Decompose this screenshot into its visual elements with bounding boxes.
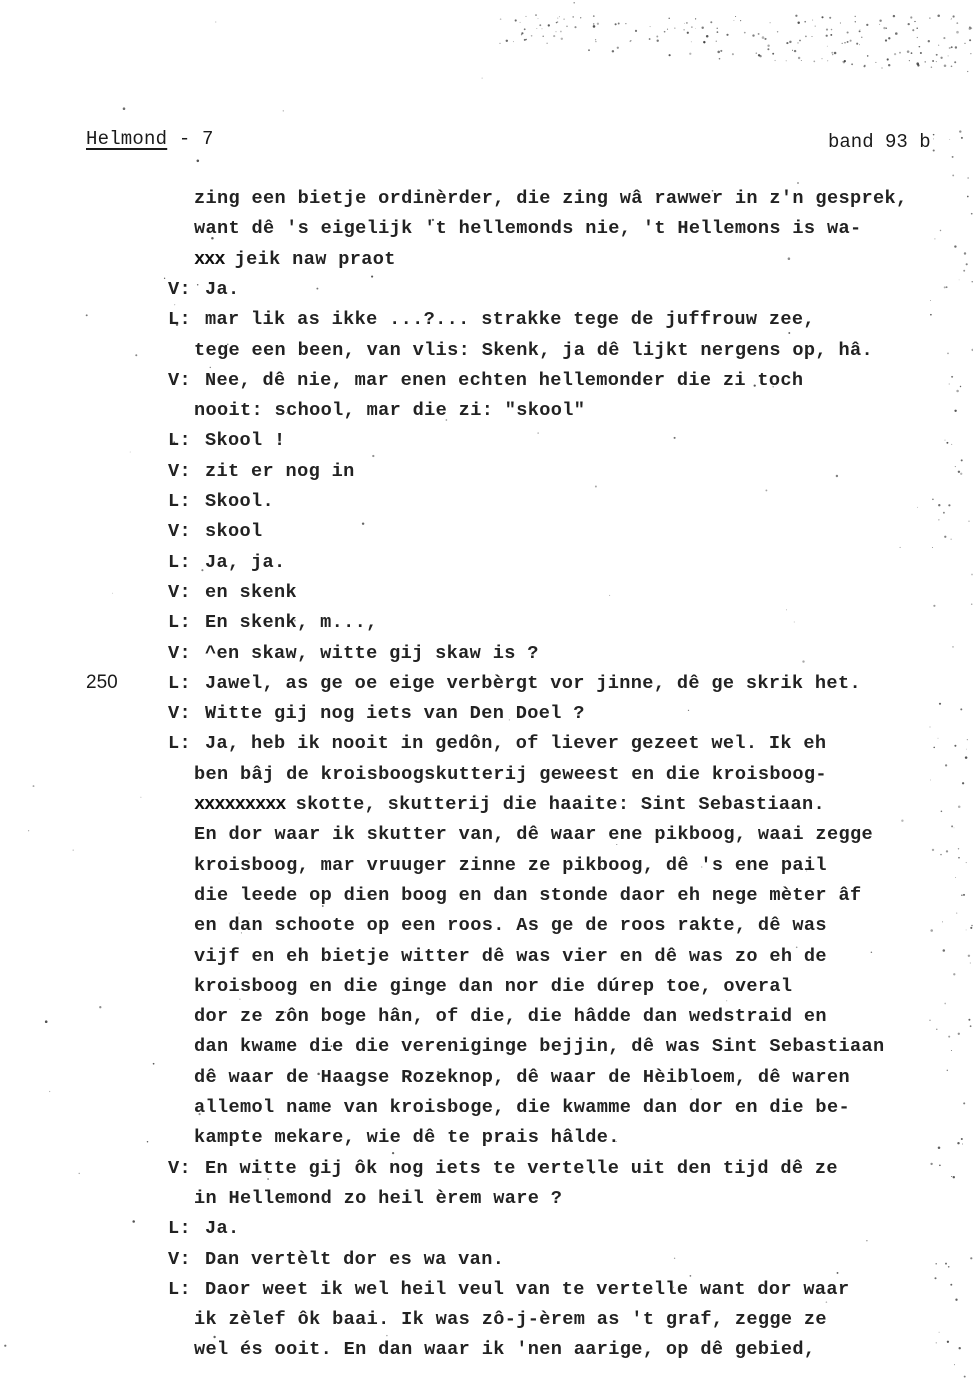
- speaker-label: L:: [168, 552, 205, 573]
- line-text: Skool.: [205, 491, 274, 512]
- line-text: kroisboog en die ginge dan nor die dúrep…: [194, 976, 792, 997]
- line-text: ben bâj de kroisboogskutterij geweest en…: [194, 764, 827, 785]
- line-text: dan kwame die die vereniginge bejjin, dê…: [194, 1036, 884, 1057]
- speaker-label: V:: [168, 582, 205, 603]
- line-text: Skool !: [205, 430, 286, 451]
- line-text: En witte gij ôk nog iets te vertelle uit…: [205, 1158, 838, 1179]
- speaker-label: L:: [168, 430, 205, 451]
- transcript-line: tege een been, van vlis: Skenk, ja dê li…: [194, 340, 873, 361]
- line-text: zing een bietje ordinèrder, die zing wâ …: [194, 188, 908, 209]
- line-text: ik zèlef ôk baai. Ik was zô-j-èrem as 't…: [194, 1309, 827, 1330]
- line-text: ^en skaw, witte gij skaw is ?: [205, 643, 539, 664]
- transcript-line: want dê 's eigelijk 't hellemonds nie, '…: [194, 218, 861, 239]
- line-text: en dan schoote op een roos. As ge de roo…: [194, 915, 827, 936]
- transcript-line: L:Ja.: [168, 1218, 240, 1239]
- transcript-line: L:Jawel, as ge oe eige verbèrgt vor jinn…: [168, 673, 861, 694]
- speaker-label: L:: [168, 673, 205, 694]
- transcript-line: xxxxxxxxx skotte, skutterij die haaite: …: [194, 794, 825, 815]
- transcript-line: V:zit er nog in: [168, 461, 355, 482]
- header-separator: -: [167, 128, 202, 150]
- line-text: skotte, skutterij die haaite: Sint Sebas…: [296, 794, 825, 815]
- speaker-label: L:: [168, 1279, 205, 1300]
- speaker-label: V:: [168, 521, 205, 542]
- transcript-line: V:Witte gij nog iets van Den Doel ?: [168, 703, 585, 724]
- line-text: kroisboog, mar vruuger zinne ze pikboog,…: [194, 855, 827, 876]
- speaker-label: V:: [168, 1158, 205, 1179]
- speaker-label: L:: [168, 1218, 205, 1239]
- line-text: Witte gij nog iets van Den Doel ?: [205, 703, 585, 724]
- line-text: die leede op dien boog en dan stonde dao…: [194, 885, 861, 906]
- transcript-line: kroisboog en die ginge dan nor die dúrep…: [194, 976, 792, 997]
- transcript-line: L:En skenk, m...,: [168, 612, 378, 633]
- transcript-line: V:en skenk: [168, 582, 297, 603]
- line-text: want dê 's eigelijk 't hellemonds nie, '…: [194, 218, 861, 239]
- transcript-line: L:Daor weet ik wel heil veul van te vert…: [168, 1279, 849, 1300]
- transcript-line: kampte mekare, wie dê te prais hâlde.: [194, 1127, 620, 1148]
- speaker-label: V:: [168, 643, 205, 664]
- transcript-line: nooit: school, mar die zi: "skool": [194, 400, 585, 421]
- transcript-line: L:Ja, ja.: [168, 552, 286, 573]
- transcript-line: V:^en skaw, witte gij skaw is ?: [168, 643, 539, 664]
- line-text: kampte mekare, wie dê te prais hâlde.: [194, 1127, 620, 1148]
- transcript-line: kroisboog, mar vruuger zinne ze pikboog,…: [194, 855, 827, 876]
- line-text: Dan vertèlt dor es wa van.: [205, 1249, 504, 1270]
- line-text: en skenk: [205, 582, 297, 603]
- transcript-line: L:Ja, heb ik nooit in gedôn, of liever g…: [168, 733, 826, 754]
- line-text: dê waar de Haagse Rozeknop, dê waar de H…: [194, 1067, 850, 1088]
- line-text: wel és ooit. En dan waar ik 'nen aarige,…: [194, 1339, 815, 1360]
- transcript-line: en dan schoote op een roos. As ge de roo…: [194, 915, 827, 936]
- transcript-line: V:Ja.: [168, 279, 240, 300]
- line-text: Jawel, as ge oe eige verbèrgt vor jinne,…: [205, 673, 861, 694]
- header-place: Helmond: [86, 128, 167, 150]
- transcript-line: in Hellemond zo heil èrem ware ?: [194, 1188, 562, 1209]
- header-tape-reference: band 93 b: [828, 131, 931, 153]
- line-text: mar lik as ikke ...?... strakke tege de …: [205, 309, 815, 330]
- transcript-line: die leede op dien boog en dan stonde dao…: [194, 885, 861, 906]
- line-text: dor ze zôn boge hân, of die, die hâdde d…: [194, 1006, 827, 1027]
- speaker-label: V:: [168, 279, 205, 300]
- speaker-label: V:: [168, 703, 205, 724]
- transcript-line: V:En witte gij ôk nog iets te vertelle u…: [168, 1158, 838, 1179]
- transcript-line: dor ze zôn boge hân, of die, die hâdde d…: [194, 1006, 827, 1027]
- speaker-label: V:: [168, 461, 205, 482]
- line-text: Nee, dê nie, mar enen echten hellemonder…: [205, 370, 803, 391]
- typewritten-transcript-page: Helmond - 7 band 93 b 250 zing een bietj…: [0, 0, 973, 1393]
- transcript-line: L:mar lik as ikke ...?... strakke tege d…: [168, 309, 815, 330]
- line-text: Ja.: [205, 279, 240, 300]
- transcript-line: L:Skool !: [168, 430, 286, 451]
- line-text: En skenk, m...,: [205, 612, 378, 633]
- transcript-line: En dor waar ik skutter van, dê waar ene …: [194, 824, 873, 845]
- speaker-label: V:: [168, 370, 205, 391]
- transcript-line: V:skool: [168, 521, 263, 542]
- line-text: jeik naw praot: [235, 249, 396, 270]
- line-text: Ja, ja.: [205, 552, 286, 573]
- line-text: Ja, heb ik nooit in gedôn, of liever gez…: [205, 733, 826, 754]
- transcript-line: ben bâj de kroisboogskutterij geweest en…: [194, 764, 827, 785]
- transcript-line: wel és ooit. En dan waar ik 'nen aarige,…: [194, 1339, 815, 1360]
- line-text: zit er nog in: [205, 461, 355, 482]
- line-text: in Hellemond zo heil èrem ware ?: [194, 1188, 562, 1209]
- speaker-label: L:: [168, 491, 205, 512]
- page-header-left: Helmond - 7: [86, 128, 214, 150]
- margin-line-number: 250: [86, 672, 118, 694]
- transcript-line: vijf en eh bietje witter dê was vier en …: [194, 946, 827, 967]
- line-text: allemol name van kroisboge, die kwamme d…: [194, 1097, 850, 1118]
- line-text: tege een been, van vlis: Skenk, ja dê li…: [194, 340, 873, 361]
- transcript-line: xxx jeik naw praot: [194, 249, 396, 270]
- transcript-line: V:Nee, dê nie, mar enen echten hellemond…: [168, 370, 803, 391]
- speaker-label: L:: [168, 309, 205, 330]
- line-text: Ja.: [205, 1218, 240, 1239]
- transcript-line: L:Skool.: [168, 491, 274, 512]
- line-text: skool: [205, 521, 263, 542]
- transcript-line: dan kwame die die vereniginge bejjin, dê…: [194, 1036, 884, 1057]
- struck-out-text: xxxxxxxxx: [194, 794, 296, 815]
- line-text: vijf en eh bietje witter dê was vier en …: [194, 946, 827, 967]
- transcript-line: allemol name van kroisboge, die kwamme d…: [194, 1097, 850, 1118]
- transcript-line: zing een bietje ordinèrder, die zing wâ …: [194, 188, 908, 209]
- speaker-label: L:: [168, 612, 205, 633]
- line-text: En dor waar ik skutter van, dê waar ene …: [194, 824, 873, 845]
- speaker-label: L:: [168, 733, 205, 754]
- line-text: nooit: school, mar die zi: "skool": [194, 400, 585, 421]
- speaker-label: V:: [168, 1249, 205, 1270]
- transcript-line: dê waar de Haagse Rozeknop, dê waar de H…: [194, 1067, 850, 1088]
- transcript-line: V:Dan vertèlt dor es wa van.: [168, 1249, 504, 1270]
- transcript-line: ik zèlef ôk baai. Ik was zô-j-èrem as 't…: [194, 1309, 827, 1330]
- header-page-number: 7: [202, 128, 214, 150]
- line-text: Daor weet ik wel heil veul van te vertel…: [205, 1279, 849, 1300]
- struck-out-text: xxx: [194, 249, 235, 270]
